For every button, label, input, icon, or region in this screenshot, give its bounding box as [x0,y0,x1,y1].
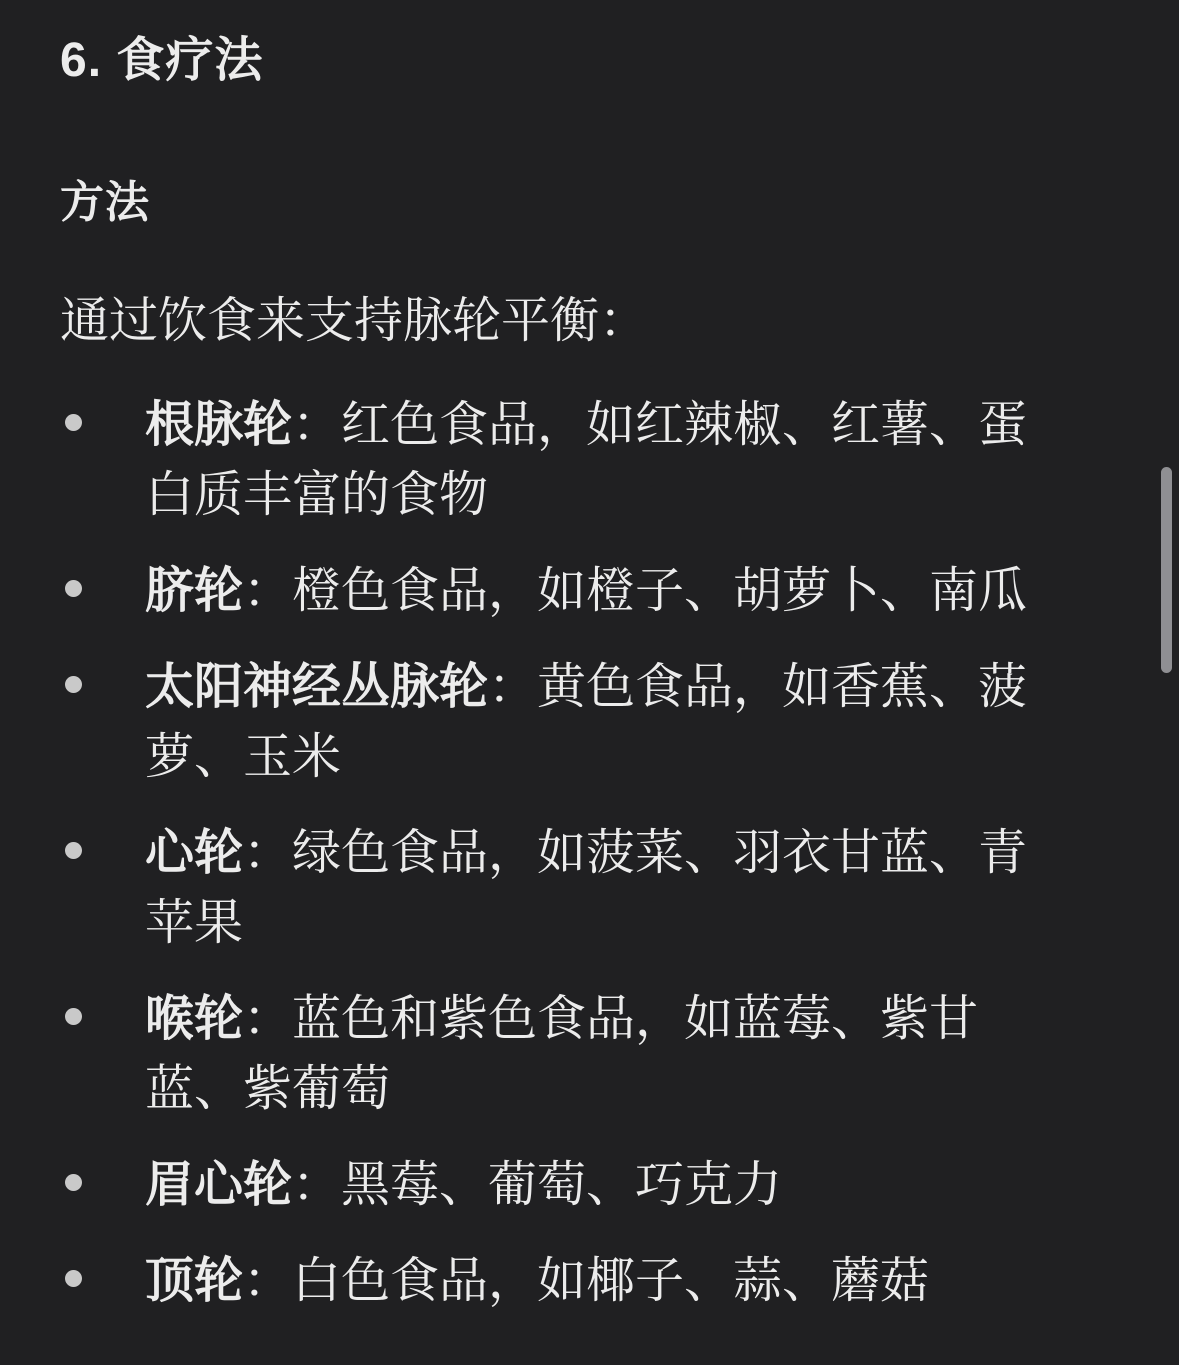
bullet-icon [65,414,82,431]
intro-paragraph: 通过饮食来支持脉轮平衡： [60,286,1069,356]
section-subheading: 方法 [60,176,1069,230]
list-item: 太阳神经丛脉轮：黄色食品，如香蕉、菠萝、玉米 [60,652,1069,792]
list-item: 心轮：绿色食品，如菠菜、羽衣甘蓝、青苹果 [60,818,1069,958]
list-item: 顶轮：白色食品，如椰子、蒜、蘑菇 [60,1246,1069,1316]
diet-list: 根脉轮：红色食品，如红辣椒、红薯、蛋白质丰富的食物 脐轮：橙色食品，如橙子、胡萝… [60,390,1069,1316]
scrollbar-thumb[interactable] [1161,467,1172,673]
section-heading: 6. 食疗法 [60,30,1069,92]
list-item-term: 眉心轮 [145,1158,292,1212]
list-item-desc: ：黑莓、葡萄、巧克力 [292,1158,782,1212]
list-item-term: 喉轮 [145,992,243,1046]
bullet-icon [65,580,82,597]
list-item-desc: ：白色食品，如椰子、蒜、蘑菇 [243,1254,929,1308]
bullet-icon [65,1270,82,1287]
bullet-icon [65,676,82,693]
document-content: 6. 食疗法 方法 通过饮食来支持脉轮平衡： 根脉轮：红色食品，如红辣椒、红薯、… [0,0,1179,1365]
list-item: 喉轮：蓝色和紫色食品，如蓝莓、紫甘蓝、紫葡萄 [60,984,1069,1124]
list-item-desc: ：绿色食品，如菠菜、羽衣甘蓝、青苹果 [145,826,1027,950]
list-item-term: 太阳神经丛脉轮 [145,660,488,714]
list-item-term: 根脉轮 [145,398,292,452]
list-item-desc: ：蓝色和紫色食品，如蓝莓、紫甘蓝、紫葡萄 [145,992,978,1116]
bullet-icon [65,1174,82,1191]
list-item-term: 顶轮 [145,1254,243,1308]
list-item: 眉心轮：黑莓、葡萄、巧克力 [60,1150,1069,1220]
list-item-desc: ：橙色食品，如橙子、胡萝卜、南瓜 [243,564,1027,618]
bullet-icon [65,1008,82,1025]
bullet-icon [65,842,82,859]
list-item-term: 心轮 [145,826,243,880]
list-item-term: 脐轮 [145,564,243,618]
list-item: 脐轮：橙色食品，如橙子、胡萝卜、南瓜 [60,556,1069,626]
list-item: 根脉轮：红色食品，如红辣椒、红薯、蛋白质丰富的食物 [60,390,1069,530]
